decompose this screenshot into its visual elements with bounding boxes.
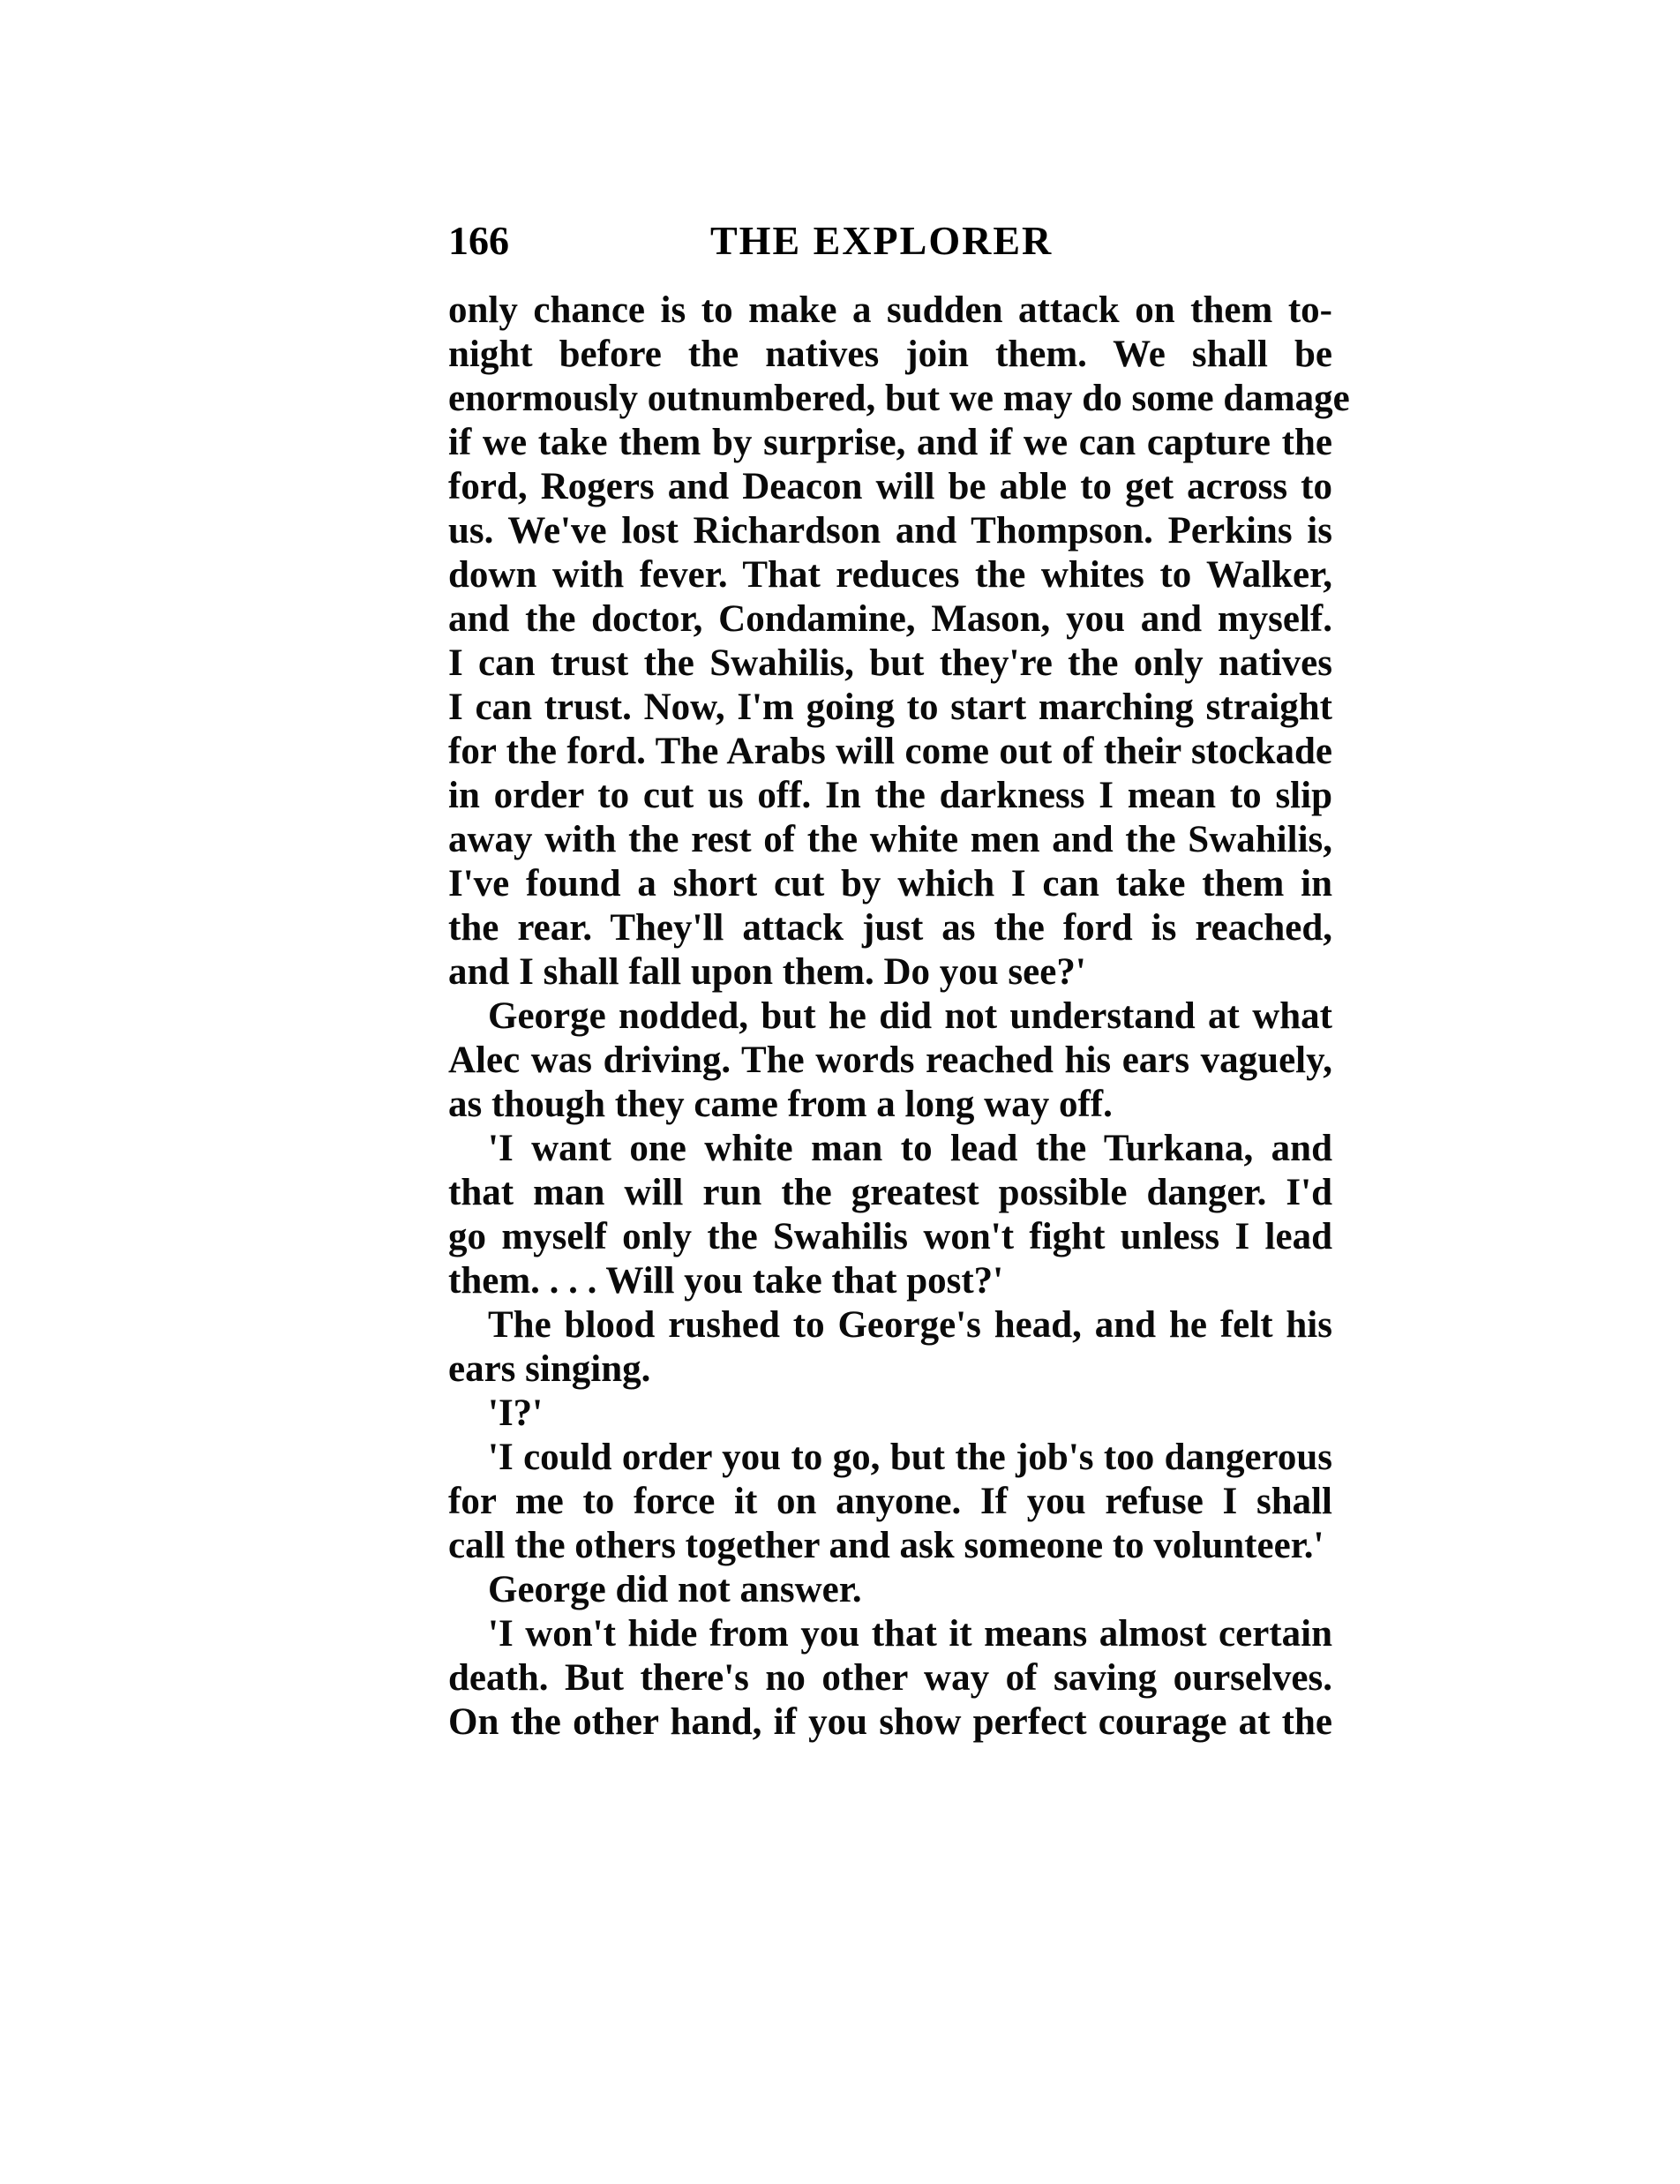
text-line: only chance is to make a sudden attack o… <box>448 289 1332 333</box>
text-line: go myself only the Swahilis won't fight … <box>448 1215 1332 1259</box>
text-line: in order to cut us off. In the darkness … <box>448 774 1332 818</box>
text-line: the rear. They'll attack just as the for… <box>448 906 1332 950</box>
text-line: away with the rest of the white men and … <box>448 818 1332 862</box>
text-line: for the ford. The Arabs will come out of… <box>448 730 1332 774</box>
running-title: THE EXPLORER <box>710 219 1053 263</box>
text-line: Alec was driving. The words reached his … <box>448 1039 1332 1083</box>
text-line: as though they came from a long way off. <box>448 1083 1332 1127</box>
text-line: for me to force it on anyone. If you ref… <box>448 1480 1332 1524</box>
text-line: enormously outnumbered, but we may do so… <box>448 377 1332 421</box>
text-line: 'I won't hide from you that it means alm… <box>448 1612 1332 1656</box>
text-line: On the other hand, if you show perfect c… <box>448 1700 1332 1745</box>
text-line: 'I want one white man to lead the Turkan… <box>448 1127 1332 1171</box>
text-line: George nodded, but he did not understand… <box>448 994 1332 1039</box>
text-line: The blood rushed to George's head, and h… <box>448 1303 1332 1347</box>
text-line: and the doctor, Condamine, Mason, you an… <box>448 597 1332 642</box>
text-line: if we take them by surprise, and if we c… <box>448 421 1332 465</box>
text-line: I can trust. Now, I'm going to start mar… <box>448 686 1332 730</box>
text-line: that man will run the greatest possible … <box>448 1171 1332 1215</box>
text-line: I've found a short cut by which I can ta… <box>448 862 1332 906</box>
text-line: death. But there's no other way of savin… <box>448 1656 1332 1700</box>
text-line: them. . . . Will you take that post?' <box>448 1259 1332 1303</box>
text-line: ears singing. <box>448 1347 1332 1392</box>
text-line: 'I?' <box>448 1392 1332 1436</box>
page-number: 166 <box>448 219 509 263</box>
text-line: I can trust the Swahilis, but they're th… <box>448 642 1332 686</box>
body-text: only chance is to make a sudden attack o… <box>448 289 1332 1745</box>
text-line: down with fever. That reduces the whites… <box>448 553 1332 597</box>
text-line: 'I could order you to go, but the job's … <box>448 1436 1332 1480</box>
book-page: 166 THE EXPLORER only chance is to make … <box>0 0 1680 2184</box>
page-header: 166 THE EXPLORER <box>448 219 1332 263</box>
text-line: us. We've lost Richardson and Thompson. … <box>448 509 1332 553</box>
text-line: and I shall fall upon them. Do you see?' <box>448 950 1332 994</box>
text-line: call the others together and ask someone… <box>448 1524 1332 1568</box>
text-line: George did not answer. <box>448 1568 1332 1612</box>
text-line: ford, Rogers and Deacon will be able to … <box>448 465 1332 509</box>
text-line: night before the natives join them. We s… <box>448 333 1332 377</box>
